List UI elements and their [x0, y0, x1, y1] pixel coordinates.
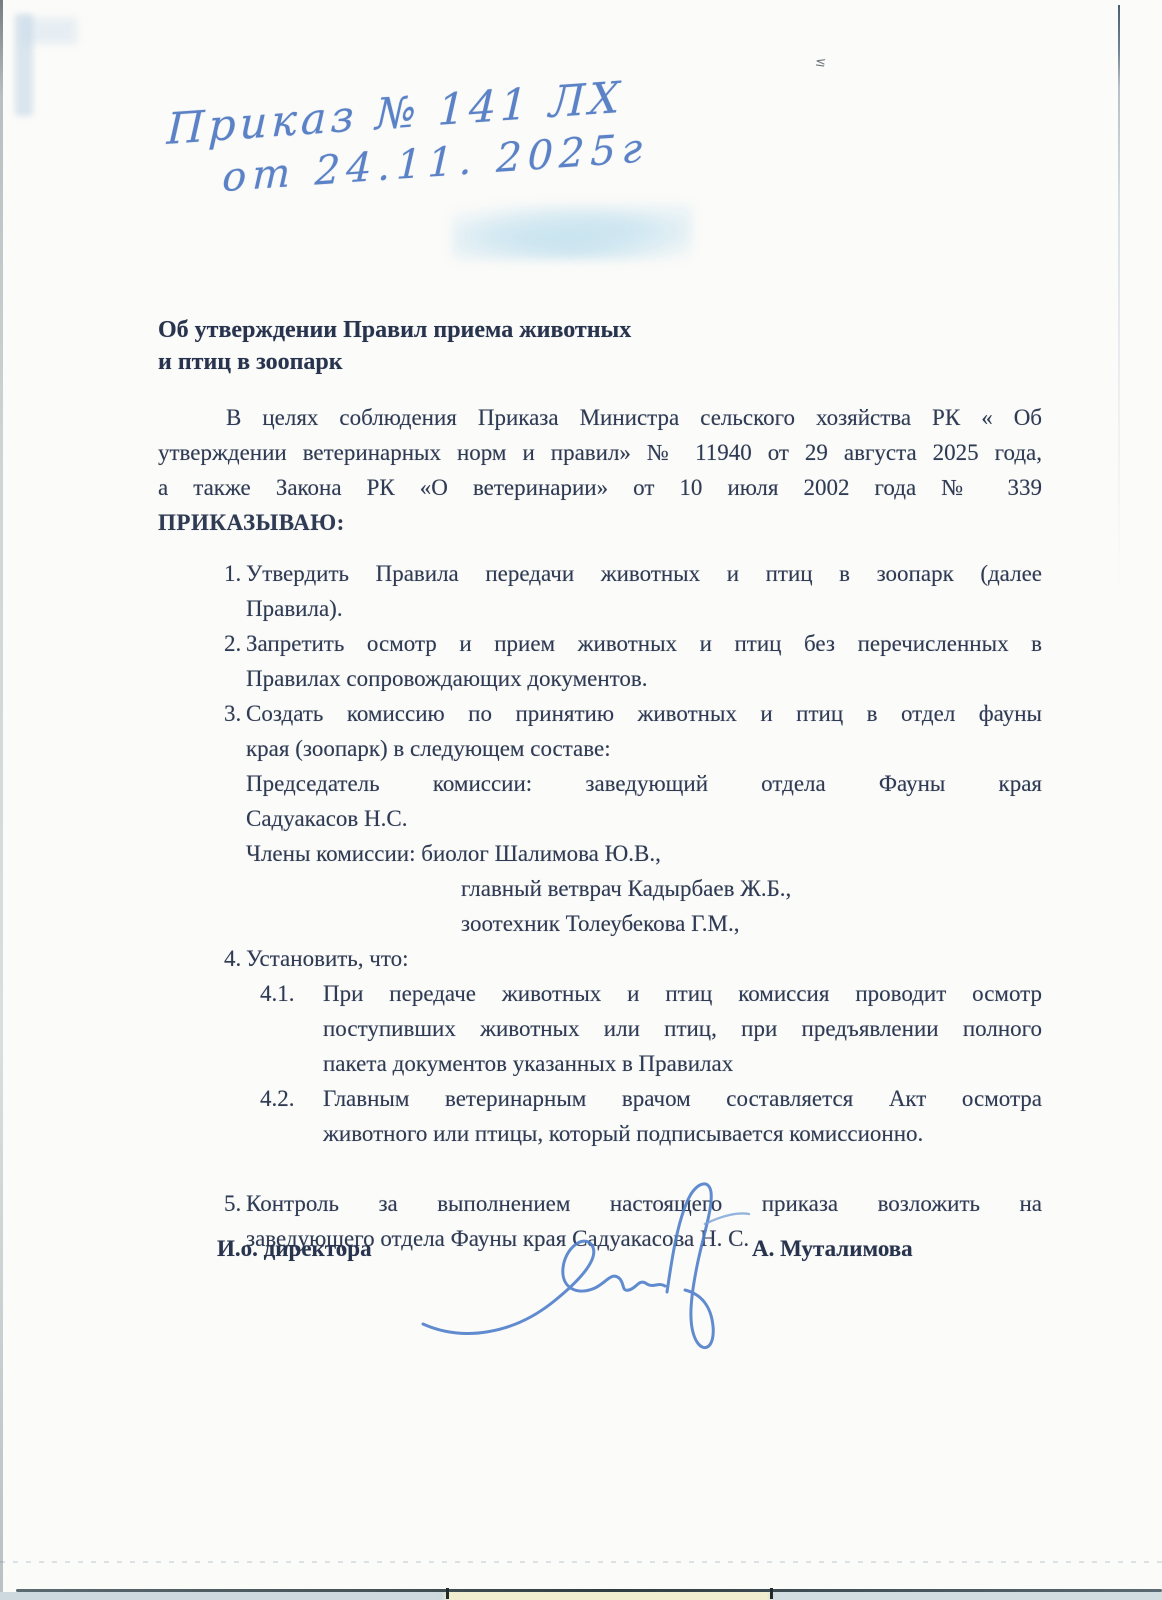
- signature-stroke-icon: [415, 1174, 755, 1364]
- signer-role: И.о. директора: [217, 1236, 372, 1262]
- item-line: Установить, что:: [246, 941, 1042, 976]
- signature-block: И.о. директора А. Муталимова: [0, 1236, 1162, 1356]
- item-number: 1.: [224, 556, 241, 591]
- faded-stamp-ghost: [452, 204, 692, 260]
- subitem-line: Главным ветеринарным врачом составляется…: [323, 1081, 1042, 1116]
- item-number: 2.: [224, 626, 241, 661]
- preamble-line: а также Закона РК «О ветеринарии» от 10 …: [158, 470, 1042, 505]
- order-items-list: 1. Утвердить Правила передачи животных и…: [158, 556, 1042, 1256]
- signer-name: А. Муталимова: [752, 1236, 913, 1262]
- subitem-line: пакета документов указанных в Правилах: [323, 1046, 1042, 1081]
- commission-member: главный ветврач Кадырбаев Ж.Б.,: [246, 871, 1042, 906]
- order-item-3: 3. Создать комиссию по принятию животных…: [158, 696, 1042, 941]
- order-word: ПРИКАЗЫВАЮ:: [158, 505, 1042, 540]
- preamble-line: В целях соблюдения Приказа Министра сель…: [158, 400, 1042, 435]
- item-number: 3.: [224, 696, 241, 731]
- commission-chair-line: Председатель комиссии: заведующий отдела…: [246, 766, 1042, 801]
- document-title-line1: Об утверждении Правил приема животных: [158, 314, 858, 346]
- preamble-line: утверждении ветеринарных норм и правил» …: [158, 435, 1042, 470]
- subitem-line: животного или птицы, который подписывает…: [323, 1116, 1042, 1151]
- item-number: 4.: [224, 941, 241, 976]
- order-subitem-4-2: 4.2. Главным ветеринарным врачом составл…: [246, 1081, 1042, 1151]
- scan-edge-left: [0, 0, 3, 1600]
- scan-bed-band: [0, 1592, 1162, 1600]
- scan-scratch-line: [1118, 5, 1120, 590]
- order-subitem-4-1: 4.1. При передаче животных и птиц комисс…: [246, 976, 1042, 1081]
- subitem-number: 4.1.: [260, 976, 295, 1011]
- order-item-4: 4. Установить, что: 4.1. При передаче жи…: [158, 941, 1042, 1151]
- item-line: Правилах сопровождающих документов.: [246, 661, 1042, 696]
- handwritten-note: Приказ № 141 ЛХ от 24.11. 2025г: [165, 71, 649, 204]
- item-line: Создать комиссию по принятию животных и …: [246, 696, 1042, 731]
- scanned-document-page: ≤ Приказ № 141 ЛХ от 24.11. 2025г Об утв…: [0, 0, 1162, 1600]
- preamble-paragraph: В целях соблюдения Приказа Министра сель…: [158, 400, 1042, 540]
- item-number: 5.: [224, 1186, 241, 1221]
- order-item-1: 1. Утвердить Правила передачи животных и…: [158, 556, 1042, 626]
- scan-speck: ≤: [814, 54, 827, 70]
- subitem-line: При передаче животных и птиц комиссия пр…: [323, 976, 1042, 1011]
- order-item-2: 2. Запретить осмотр и прием животных и п…: [158, 626, 1042, 696]
- document-title-line2: и птиц в зоопарк: [158, 346, 858, 378]
- scan-smudge: [22, 18, 77, 44]
- scan-bed-tick: [446, 1588, 449, 1599]
- subitem-number: 4.2.: [260, 1081, 295, 1116]
- scan-bed-tick: [770, 1588, 773, 1599]
- item-line: Правила).: [246, 591, 1042, 626]
- item-line: края (зоопарк) в следующем составе:: [246, 731, 1042, 766]
- document-title: Об утверждении Правил приема животных и …: [158, 314, 858, 378]
- commission-chair-name: Садуакасов Н.С.: [246, 801, 1042, 836]
- scan-faint-rule: [0, 1561, 1162, 1563]
- subitem-line: поступивших животных или птиц, при предъ…: [323, 1011, 1042, 1046]
- item-line: Утвердить Правила передачи животных и пт…: [246, 556, 1042, 591]
- item-line: Запретить осмотр и прием животных и птиц…: [246, 626, 1042, 661]
- commission-members-line: Члены комиссии: биолог Шалимова Ю.В.,: [246, 836, 1042, 871]
- commission-member: зоотехник Толеубекова Г.М.,: [246, 906, 1042, 941]
